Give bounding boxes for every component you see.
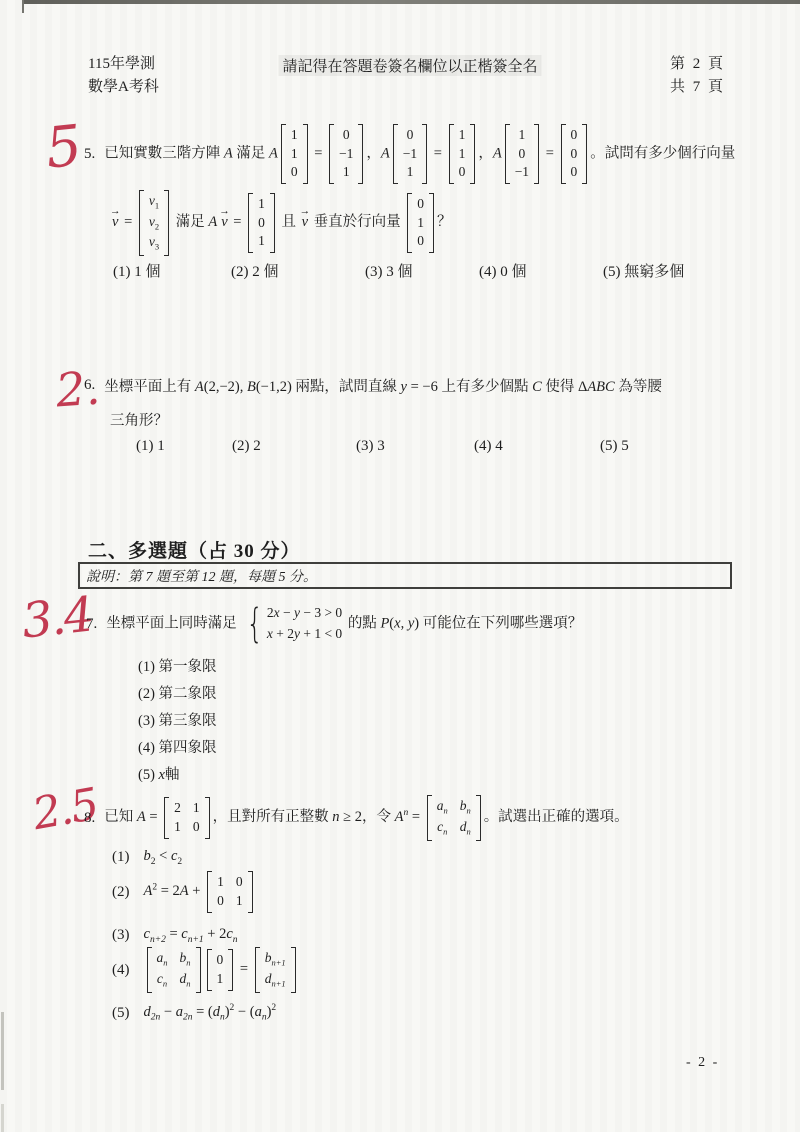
question-6-line1: 6. 坐標平面上有 A(2,−2), B(−1,2) 兩點，試問直線 y = −…: [84, 372, 662, 398]
question-8-statement: 已知 A = 2110，且對所有正整數 n ≥ 2，令 An = anbncnd…: [104, 795, 628, 840]
question-7-statement: 坐標平面上同時滿足 {2x − y − 3 > 0x + 2y + 1 < 0 …: [106, 603, 582, 645]
option-q8-2: (2) A2 = 2A + 1001: [112, 868, 256, 916]
option-q8-2-number: (2): [112, 884, 130, 901]
section-title: 二、多選題（占 30 分）: [88, 536, 301, 563]
matrix: 000: [561, 124, 588, 185]
scan-edge-left-lower: [1, 1104, 4, 1132]
header-right: 第 2 頁 共 7 頁: [670, 53, 725, 99]
matrix: 110: [449, 124, 476, 185]
option-q8-1: (1) b2 < c2: [112, 846, 182, 868]
option-q6-5: (5) 5: [600, 438, 629, 455]
option-q8-4: (4) anbncndn01 = bn+1dn+1: [112, 946, 299, 994]
option-q7-1: (1) 第一象限: [138, 654, 217, 676]
handwritten-answer-q5: 5: [43, 118, 84, 177]
question-5-statement-cont: →v = v1v2v3 滿足 A→v = 101 且 →v 垂直於行向量 010…: [110, 190, 452, 256]
option-q5-1: (1) 1 個: [113, 260, 161, 281]
question-5-statement: 已知實數三階方陣 A 滿足 A110 = 0−11，A0−11 = 110，A1…: [104, 124, 735, 185]
document-page: 115年學測 數學A考科 請記得在答題卷簽名欄位以正楷簽全名 第 2 頁 共 7…: [0, 0, 800, 1132]
option-q7-2: (2) 第二象限: [138, 681, 217, 703]
option-q8-3-number: (3): [112, 927, 130, 944]
option-q7-4-text: (4) 第四象限: [138, 736, 217, 757]
inequality-system: {2x − y − 3 > 0x + 2y + 1 < 0: [242, 603, 342, 645]
matrix: 01: [207, 949, 234, 991]
question-5-line2: →v = v1v2v3 滿足 A→v = 101 且 →v 垂直於行向量 010…: [110, 190, 452, 256]
matrix: v1v2v3: [139, 190, 169, 256]
question-5-number: 5.: [84, 146, 95, 163]
scan-edge-left: [1, 1012, 4, 1090]
matrix: anbncndn: [427, 795, 481, 840]
option-q7-1-text: (1) 第一象限: [138, 655, 217, 676]
option-q6-3: (3) 3: [356, 438, 385, 455]
question-6-statement-cont: 三角形？: [110, 409, 168, 430]
scan-edge-corner: [22, 0, 24, 13]
option-q8-5-number: (5): [112, 1005, 130, 1022]
option-q6-1: (1) 1: [136, 438, 165, 455]
matrix: 010: [407, 193, 434, 254]
option-q5-5: (5) 無窮多個: [603, 260, 684, 281]
matrix: anbncndn: [147, 947, 201, 992]
question-6-number: 6.: [84, 377, 95, 394]
signature-notice: 請記得在答題卷簽名欄位以正楷簽全名: [278, 55, 541, 76]
option-q6-4: (4) 4: [474, 438, 503, 455]
question-8-line1: 8. 已知 A = 2110，且對所有正整數 n ≥ 2，令 An = anbn…: [84, 788, 629, 848]
matrix: 2110: [164, 797, 210, 839]
option-q7-5-text: (5) x軸: [138, 763, 179, 784]
option-q5-3: (3) 3 個: [365, 260, 413, 281]
handwritten-answer-q7: 3.4: [20, 590, 95, 645]
option-q5-2: (2) 2 個: [231, 260, 279, 281]
option-q7-3-text: (3) 第三象限: [138, 709, 217, 730]
option-q8-5-text: d2n − a2n = (dn)2 − (an)2: [144, 1003, 277, 1023]
question-8-number: 8.: [84, 810, 95, 827]
option-q8-4-text: anbncndn01 = bn+1dn+1: [144, 947, 299, 992]
total-pages-indicator: 共 7 頁: [670, 76, 725, 99]
option-q8-4-number: (4): [112, 962, 130, 979]
option-q6-2: (2) 2: [232, 438, 261, 455]
matrix: 0−11: [329, 124, 363, 185]
vector-arrow: →v: [302, 214, 308, 231]
matrix: 1001: [207, 871, 253, 913]
option-q5-4: (4) 0 個: [479, 260, 527, 281]
option-q8-1-number: (1): [112, 849, 130, 866]
exam-year-label: 115年學測: [88, 53, 159, 76]
matrix: 101: [248, 193, 275, 254]
option-q7-2-text: (2) 第二象限: [138, 682, 217, 703]
vector-arrow: →v: [112, 214, 118, 231]
scan-edge-top: [24, 0, 800, 4]
option-q8-5: (5) d2n − a2n = (dn)2 − (an)2: [112, 1000, 276, 1026]
instruction-box: 說明：第 7 題至第 12 題，每題 5 分。: [78, 562, 732, 589]
option-q8-2-text: A2 = 2A + 1001: [144, 871, 256, 913]
matrix: 10−1: [505, 124, 539, 185]
matrix: 0−11: [393, 124, 427, 185]
page-number: - 2 -: [686, 1055, 719, 1071]
page-indicator: 第 2 頁: [670, 53, 725, 76]
option-q8-1-text: b2 < c2: [144, 848, 183, 867]
option-q7-5: (5) x軸: [138, 762, 179, 784]
question-7-line1: 7. 坐標平面上同時滿足 {2x − y − 3 > 0x + 2y + 1 <…: [86, 596, 582, 652]
subject-label: 數學A考科: [88, 76, 159, 99]
option-q7-3: (3) 第三象限: [138, 708, 217, 730]
question-6-line2: 三角形？: [110, 406, 168, 432]
matrix: bn+1dn+1: [255, 947, 296, 992]
question-6-statement: 坐標平面上有 A(2,−2), B(−1,2) 兩點，試問直線 y = −6 上…: [104, 375, 662, 396]
instruction-text: 說明：第 7 題至第 12 題，每題 5 分。: [86, 566, 317, 586]
option-q7-4: (4) 第四象限: [138, 735, 217, 757]
vector-arrow: →v: [221, 214, 227, 231]
option-q8-3-text: cn+2 = cn+1 + 2cn: [144, 926, 238, 945]
option-q8-3: (3) cn+2 = cn+1 + 2cn: [112, 922, 238, 948]
question-7-number: 7.: [86, 616, 97, 633]
matrix: 110: [281, 124, 308, 185]
question-5-line1: 5. 已知實數三階方陣 A 滿足 A110 = 0−11，A0−11 = 110…: [84, 116, 735, 192]
header-left: 115年學測 數學A考科: [88, 53, 159, 99]
